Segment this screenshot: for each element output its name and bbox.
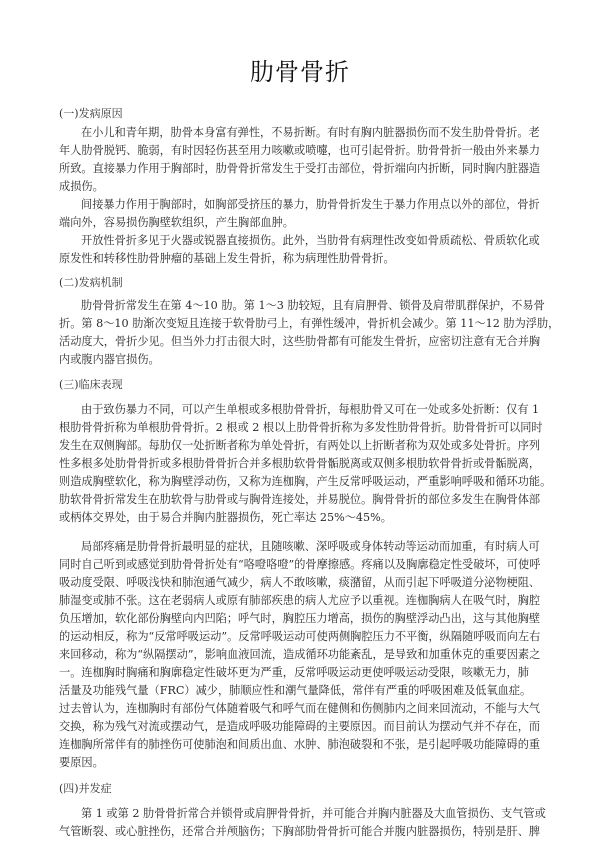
paragraph-line: 过去曾认为，连枷胸时有部份气体随着吸气和呼气而在健侧和伤侧肺内之间来回流动，不能…: [59, 700, 511, 718]
paragraph-line: 根肋骨骨折称为单根肋骨骨折。2 根或 2 根以上肋骨骨折称为多发性肋骨骨折。肋骨…: [59, 419, 511, 437]
section-heading-complications: (四)并发症: [59, 780, 112, 796]
paragraph-line: 发生在双侧胸部。每肋仅一处折断者称为单处骨折，有两处以上折断者称为双处或多处骨折…: [59, 437, 511, 455]
paragraph-line: 成损伤。: [59, 178, 511, 196]
paragraph-line: 的运动相反，称为“反常呼吸运动”。反常呼吸运动可使两侧胸腔压力不平衡，纵隔随呼吸…: [59, 628, 511, 646]
paragraph-line: 局部疼痛是肋骨骨折最明显的症状，且随咳嗽、深呼吸或身体转动等运动而加重，有时病人…: [81, 538, 511, 556]
paragraph-line: 来回移动，称为“纵隔摆动”，影响血液回流，造成循环功能紊乱，是导致和加重休克的重…: [59, 646, 511, 664]
paragraph-line: 一。连枷胸时胸痛和胸廓稳定性破坏更为严重，反常呼吸运动更使呼吸运动受限，咳嗽无力…: [59, 664, 511, 682]
paragraph-line: 吸动度受限、呼吸浅快和肺泡通气减少，病人不敢咳嗽，痰潴留，从而引起下呼吸道分泌物…: [59, 574, 511, 592]
paragraph-line: 或柄体交界处，由于易合并胸内脏器损伤，死亡率达 25%～45%。: [59, 509, 511, 527]
paragraph-line: 同时自己听到或感觉到肋骨骨折处有“咯噔咯噔”的骨摩擦感。疼痛以及胸廓稳定性受破坏…: [59, 556, 511, 574]
paragraph-line: 连枷胸所常伴有的肺挫伤可使肺泡和间质出血、水肿、肺泡破裂和不张，是引起呼吸功能障…: [59, 736, 511, 754]
paragraph-line: 在小儿和青年期，肋骨本身富有弹性，不易折断。有时有胸内脏器损伤而不发生肋骨骨折。…: [81, 124, 511, 142]
section-heading-clinical: (三)临床表现: [59, 376, 123, 392]
page-title: 肋骨骨折: [0, 52, 600, 87]
document-page: 肋骨骨折 (一)发病原因 在小儿和青年期，肋骨本身富有弹性，不易折断。有时有胸内…: [0, 0, 600, 850]
paragraph-line: 年人肋骨脱钙、脆弱，有时因轻伤甚至用力咳嗽或喷嚏，也可引起骨折。肋骨骨折一般由外…: [59, 142, 511, 160]
paragraph-line: 端向外，容易损伤胸壁软组织，产生胸部血肿。: [59, 214, 511, 232]
paragraph-line: 性多根多处肋骨骨折或多根肋骨骨折合并多根肋软骨骨骺脱离或双侧多根肋软骨骨折或骨骺…: [59, 455, 511, 473]
paragraph-line: 间接暴力作用于胸部时，如胸部受挤压的暴力，肋骨骨折发生于暴力作用点以外的部位，骨…: [81, 196, 511, 214]
paragraph-line: 开放性骨折多见于火器或锐器直接损伤。此外，当肋骨有病理性改变如骨质疏松、骨质软化…: [81, 232, 511, 250]
paragraph-line: 活动度大，骨折少见。但当外力打击很大时，这些肋骨都有可能发生骨折，应密切注意有无…: [59, 333, 511, 351]
paragraph-line: 气管断裂、或心脏挫伤，还常合并颅脑伤；下胸部肋骨骨折可能合并腹内脏器损伤，特别是…: [59, 823, 511, 841]
paragraph-line: 肋骨骨折常发生在第 4～10 肋。第 1～3 肋较短，且有肩胛骨、锁骨及肩带肌群…: [81, 297, 511, 315]
paragraph-line: 折。第 8～10 肋渐次变短且连接于软骨肋弓上，有弹性缓冲，骨折机会减少。第 1…: [59, 315, 511, 333]
paragraph-line: 肺湿变或肺不张。这在老弱病人或原有肺部疾患的病人尤应予以重视。连枷胸病人在吸气时…: [59, 592, 511, 610]
paragraph-line: 要原因。: [59, 754, 511, 772]
paragraph-line: 第 1 或第 2 肋骨骨折常合并锁骨或肩胛骨骨折，并可能合并胸内脏器及大血管损伤…: [81, 805, 511, 823]
paragraph-line: 则造成胸壁软化，称为胸壁浮动伤，又称为连枷胸，产生反常呼吸运动，严重影响呼吸和循…: [59, 473, 511, 491]
paragraph-line: 所致。直接暴力作用于胸部时，肋骨骨折常发生于受打击部位，骨折端向内折断，同时胸内…: [59, 160, 511, 178]
section-heading-causes: (一)发病原因: [59, 105, 123, 121]
paragraph-line: 原发性和转移性肋骨肿瘤的基础上发生骨折，称为病理性肋骨骨折。: [59, 250, 511, 268]
paragraph-line: 肋软骨骨折常发生在肋软骨与肋骨或与胸骨连接处，并易脱位。胸骨骨折的部位多发生在胸…: [59, 491, 511, 509]
paragraph-line: 由于致伤暴力不同，可以产生单根或多根肋骨骨折，每根肋骨又可在一处或多处折断：仅有…: [81, 401, 511, 419]
paragraph-line: 负压增加，软化部份胸壁向内凹陷；呼气时，胸腔压力增高，损伤的胸壁浮动凸出，这与其…: [59, 610, 511, 628]
section-heading-mechanism: (二)发病机制: [59, 274, 123, 290]
paragraph-line: 内或腹内器官损伤。: [59, 351, 511, 369]
paragraph-line: 活量及功能残气量（FRC）减少，肺顺应性和潮气量降低，常伴有严重的呼吸困难及低氧…: [59, 682, 511, 700]
paragraph-line: 交换，称为残气对流或摆动气，是造成呼吸功能障碍的主要原因。而目前认为摆动气并不存…: [59, 718, 511, 736]
